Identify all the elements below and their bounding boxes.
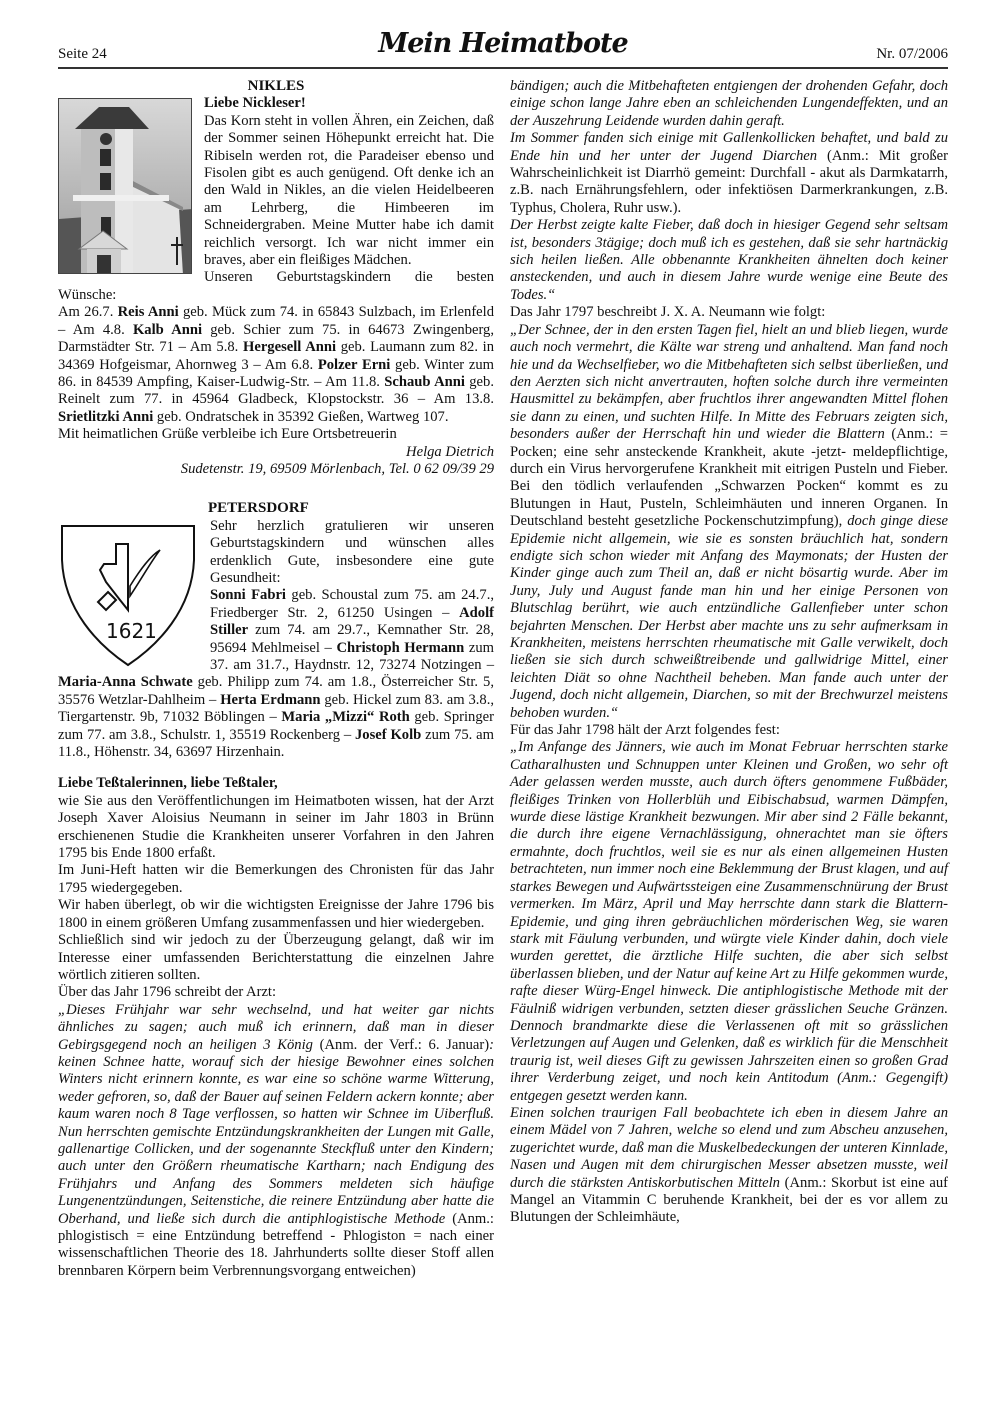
year-1798-case: Einen solchen traurigen Fall beobachtete… bbox=[510, 1105, 948, 1227]
year-1798-quote: „Im Anfange des Jänners, wie auch im Mon… bbox=[510, 739, 948, 1105]
birthday-name: Maria-Anna Schwate bbox=[58, 674, 193, 690]
year-1797-intro: Das Jahr 1797 beschreibt J. X. A. Neuman… bbox=[510, 304, 948, 321]
year-1796-intro: Über das Jahr 1796 schreibt der Arzt: bbox=[58, 984, 494, 1001]
signature-address: Sudetenstr. 19, 69509 Mörlenbach, Tel. 0… bbox=[58, 461, 494, 478]
editor-note: (Anm. der Verf.: 6. Januar) bbox=[313, 1037, 489, 1053]
spacer bbox=[58, 761, 494, 775]
section-title-petersdorf: PETERSDORF bbox=[58, 500, 494, 517]
tesstal-p3: Wir haben überlegt, ob wir die wichtigst… bbox=[58, 897, 494, 932]
issue-number: Nr. 07/2006 bbox=[876, 46, 948, 63]
page-number: Seite 24 bbox=[58, 46, 107, 63]
birthday-name: Polzer Erni bbox=[318, 357, 391, 373]
birthday-name: Christoph Hermann bbox=[336, 640, 464, 656]
birthday-name: Maria „Mizzi“ Roth bbox=[281, 709, 409, 725]
tesstal-p4: Schließlich sind wir jedoch zu der Überz… bbox=[58, 932, 494, 984]
masthead-logo: Mein Heimatbote bbox=[378, 28, 627, 59]
coat-of-arms: 1621 bbox=[58, 520, 200, 670]
year-1796-quote-cont: bändigen; auch die Mitbehafteten entgien… bbox=[510, 78, 948, 130]
birthday-name: Josef Kolb bbox=[355, 727, 421, 743]
year-1797-quote: „Der Schnee, der in den ersten Tagen fie… bbox=[510, 322, 948, 722]
nikles-wishes-intro: Unseren Geburtstagskindern die besten Wü… bbox=[58, 269, 494, 304]
birthday-name: Schaub Anni bbox=[384, 374, 465, 390]
shield-icon: 1621 bbox=[58, 520, 200, 670]
birthday-name: Hergesell Anni bbox=[243, 339, 336, 355]
birthday-name: Herta Erdmann bbox=[220, 692, 320, 708]
page-header: Seite 24 Mein Heimatbote Nr. 07/2006 bbox=[58, 36, 948, 66]
year-1798-intro: Für das Jahr 1798 hält der Arzt folgende… bbox=[510, 722, 948, 739]
spacer bbox=[58, 478, 494, 500]
header-rule bbox=[58, 67, 948, 69]
birthday-name: Srietlitzki Anni bbox=[58, 409, 153, 425]
birthday-name: Kalb Anni bbox=[133, 322, 202, 338]
left-column: NIKLES bbox=[58, 78, 494, 1280]
nikles-closing: Mit heimatlichen Grüße verbleibe ich Eur… bbox=[58, 426, 494, 443]
year-1796-summer: Im Sommer fanden sich einige mit Gallenk… bbox=[510, 130, 948, 217]
signature-name: Helga Dietrich bbox=[58, 444, 494, 461]
section-title-nikles: NIKLES bbox=[58, 78, 494, 95]
tesstal-p1: wie Sie aus den Veröffentlichungen im He… bbox=[58, 793, 494, 863]
year-1796-quote: „Dieses Frühjahr war sehr wechselnd, und… bbox=[58, 1002, 494, 1281]
church-icon bbox=[59, 99, 192, 274]
coat-year: 1621 bbox=[106, 619, 157, 643]
nikles-birthday-list: Am 26.7. Reis Anni geb. Mück zum 74. in … bbox=[58, 304, 494, 426]
church-photo bbox=[58, 98, 192, 274]
tesstal-greeting: Liebe Teßtalerinnen, liebe Teßtaler, bbox=[58, 775, 494, 792]
year-1796-autumn: Der Herbst zeigte kalte Fieber, daß doch… bbox=[510, 217, 948, 304]
birthday-name: Sonni Fabri bbox=[210, 587, 286, 603]
birthday-name: Reis Anni bbox=[118, 304, 179, 320]
tesstal-p2: Im Juni-Heft hatten wir die Bemerkungen … bbox=[58, 862, 494, 897]
right-column: bändigen; auch die Mitbehafteten entgien… bbox=[510, 78, 948, 1227]
